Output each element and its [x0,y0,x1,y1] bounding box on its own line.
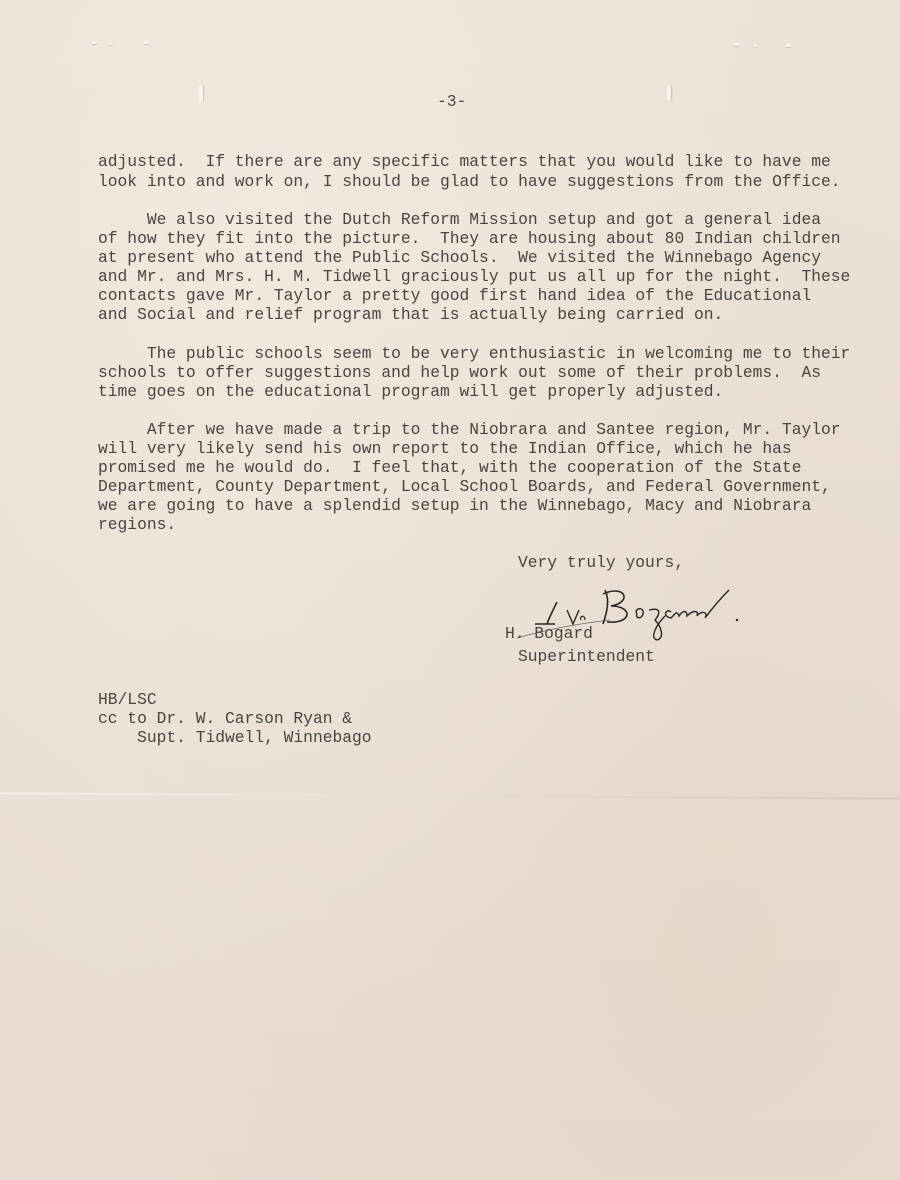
paragraph-mission-visit-line: at present who attend the Public Schools… [98,248,821,267]
paragraph-continuation-line: adjusted. If there are any specific matt… [98,152,831,171]
staple-mark [199,85,203,101]
closing-salutation: Very truly yours, [518,553,684,572]
pin-hole-mark [109,42,112,45]
staple-mark [667,85,671,101]
paragraph-mission-visit-line: contacts gave Mr. Taylor a pretty good f… [98,286,811,305]
reference-initials: HB/LSC [98,690,157,709]
paragraph-niobrara-trip-line: we are going to have a splendid setup in… [98,496,811,515]
signer-title: Superintendent [518,647,655,666]
pin-hole-mark [786,44,791,47]
cc-line: cc to Dr. W. Carson Ryan & [98,709,352,728]
paragraph-public-schools-line: The public schools seem to be very enthu… [98,344,850,363]
paragraph-public-schools-line: time goes on the educational program wil… [98,382,723,401]
paragraph-niobrara-trip-line: regions. [98,515,176,534]
paragraph-mission-visit-line: of how they fit into the picture. They a… [98,229,841,248]
pin-hole-mark [144,41,149,44]
paragraph-continuation-line: look into and work on, I should be glad … [98,172,841,191]
paragraph-niobrara-trip-line: promised me he would do. I feel that, wi… [98,458,801,477]
page-number: -3- [437,92,466,111]
signer-name: H. Bogard [505,624,593,643]
pin-hole-mark [734,43,739,46]
paragraph-public-schools-line: schools to offer suggestions and help wo… [98,363,821,382]
letter-page: -3- adjusted. If there are any specific … [0,0,900,1180]
paragraph-mission-visit-line: and Social and relief program that is ac… [98,305,723,324]
paragraph-niobrara-trip-line: Department, County Department, Local Sch… [98,477,831,496]
paper-fold-crease [0,792,900,799]
paragraph-mission-visit-line: and Mr. and Mrs. H. M. Tidwell graciousl… [98,267,850,286]
cc-line: Supt. Tidwell, Winnebago [98,728,372,747]
paragraph-niobrara-trip-line: After we have made a trip to the Niobrar… [98,420,841,439]
pin-hole-mark [754,44,757,47]
paragraph-niobrara-trip-line: will very likely send his own report to … [98,439,792,458]
paragraph-mission-visit-line: We also visited the Dutch Reform Mission… [98,210,821,229]
pin-hole-mark [92,41,97,44]
